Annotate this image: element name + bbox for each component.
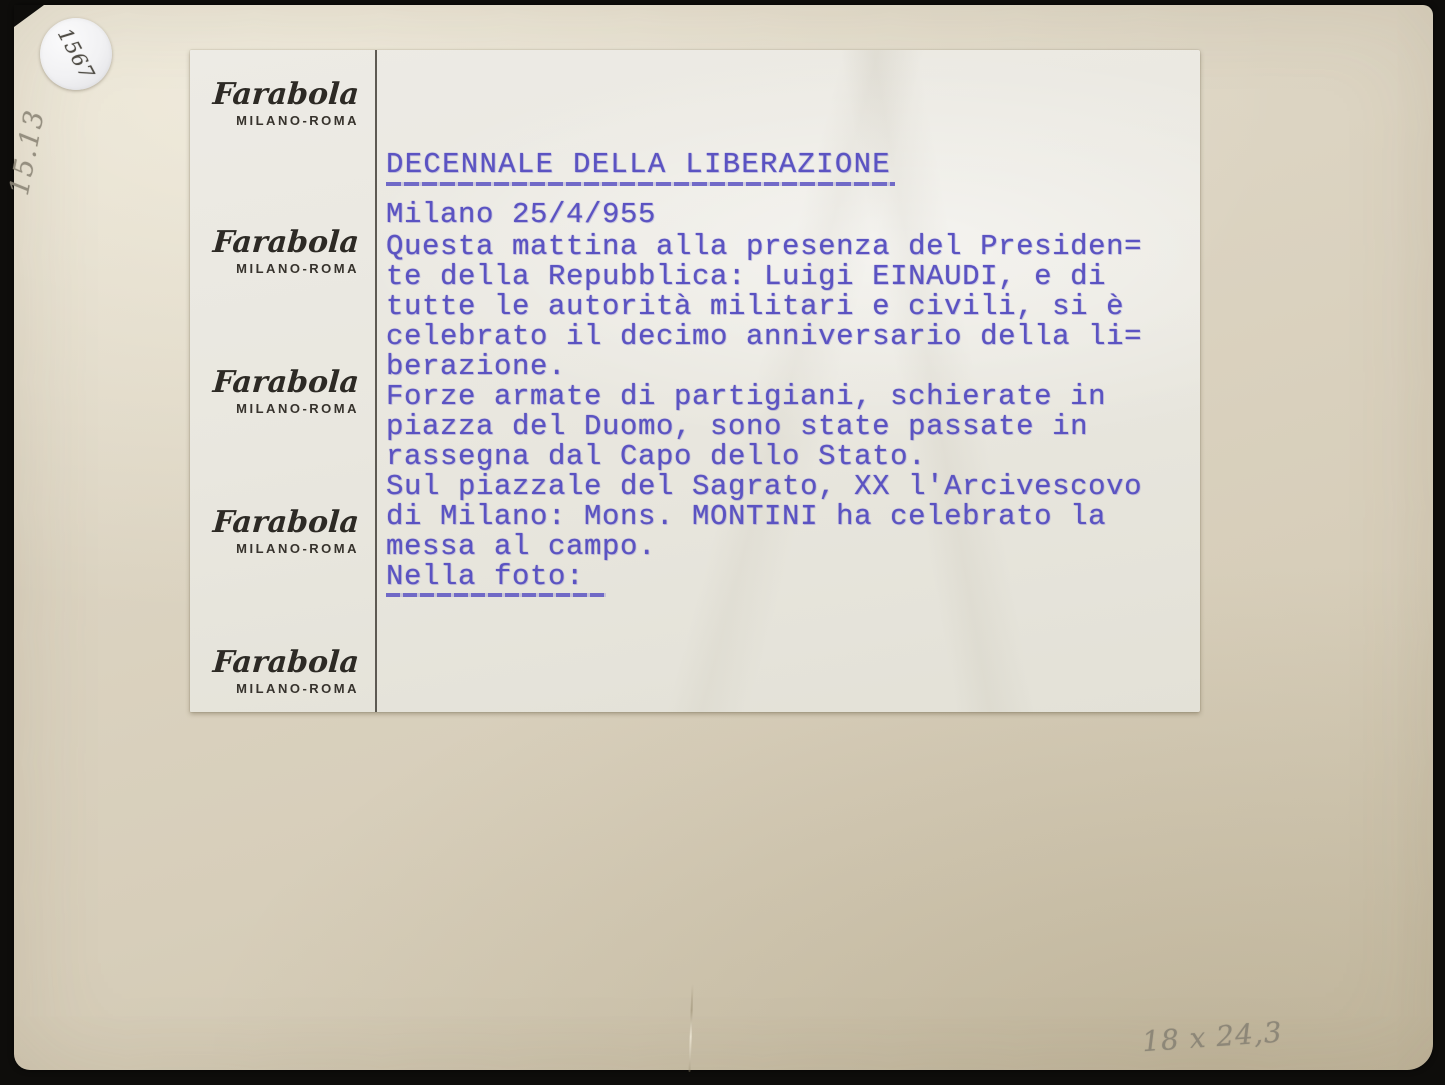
caption-text-block: DECENNALE DELLA LIBERAZIONE Milano 25/4/… bbox=[386, 150, 1186, 597]
farabola-city-line: MILANO-ROMA bbox=[190, 261, 359, 276]
caption-line: piazza del Duomo, sono state passate in bbox=[386, 412, 1186, 442]
caption-line: Sul piazzale del Sagrato, XX l'Arcivesco… bbox=[386, 472, 1186, 502]
agency-logo-block: FarabolaMILANO-ROMA bbox=[190, 80, 375, 128]
divider-line bbox=[375, 50, 377, 712]
caption-label: FarabolaMILANO-ROMAFarabolaMILANO-ROMAFa… bbox=[190, 50, 1200, 712]
archive-code-handwriting: 15.13 bbox=[0, 85, 54, 218]
scan-background: 1567 15.13 FarabolaMILANO-ROMAFarabolaMI… bbox=[0, 0, 1445, 1085]
caption-title: DECENNALE DELLA LIBERAZIONE bbox=[386, 150, 891, 186]
farabola-city-line: MILANO-ROMA bbox=[190, 541, 359, 556]
agency-logo-block: FarabolaMILANO-ROMA bbox=[190, 648, 375, 696]
caption-line: celebrato il decimo anniversario della l… bbox=[386, 322, 1186, 352]
farabola-logo: Farabola bbox=[189, 228, 360, 258]
caption-body: Questa mattina alla presenza del Preside… bbox=[386, 232, 1186, 562]
photo-back: 1567 15.13 FarabolaMILANO-ROMAFarabolaMI… bbox=[14, 5, 1433, 1070]
archive-number-sticker: 1567 bbox=[40, 18, 112, 90]
caption-line: tutte le autorità militari e civili, si … bbox=[386, 292, 1186, 322]
caption-dateline: Milano 25/4/955 bbox=[386, 200, 1186, 230]
caption-line: Forze armate di partigiani, schierate in bbox=[386, 382, 1186, 412]
agency-logo-block: FarabolaMILANO-ROMA bbox=[190, 508, 375, 556]
farabola-city-line: MILANO-ROMA bbox=[190, 401, 359, 416]
agency-logo-strip: FarabolaMILANO-ROMAFarabolaMILANO-ROMAFa… bbox=[190, 50, 375, 712]
archive-number: 1567 bbox=[53, 24, 100, 84]
farabola-city-line: MILANO-ROMA bbox=[190, 113, 359, 128]
caption-line: messa al campo. bbox=[386, 532, 1186, 562]
size-handwriting: 18 x 24,3 bbox=[1141, 1013, 1323, 1058]
agency-logo-block: FarabolaMILANO-ROMA bbox=[190, 368, 375, 416]
farabola-logo: Farabola bbox=[189, 648, 360, 678]
corner-cut bbox=[14, 5, 44, 27]
caption-line: rassegna dal Capo dello Stato. bbox=[386, 442, 1186, 472]
agency-logo-block: FarabolaMILANO-ROMA bbox=[190, 228, 375, 276]
farabola-logo: Farabola bbox=[189, 368, 360, 398]
farabola-logo: Farabola bbox=[189, 508, 360, 538]
caption-footer: Nella foto: bbox=[386, 562, 584, 597]
caption-line: berazione. bbox=[386, 352, 1186, 382]
caption-line: di Milano: Mons. MONTINI ha celebrato la bbox=[386, 502, 1186, 532]
crease-mark bbox=[688, 984, 693, 1072]
farabola-city-line: MILANO-ROMA bbox=[190, 681, 359, 696]
caption-line: Questa mattina alla presenza del Preside… bbox=[386, 232, 1186, 262]
farabola-logo: Farabola bbox=[189, 80, 360, 110]
caption-line: te della Repubblica: Luigi EINAUDI, e di bbox=[386, 262, 1186, 292]
